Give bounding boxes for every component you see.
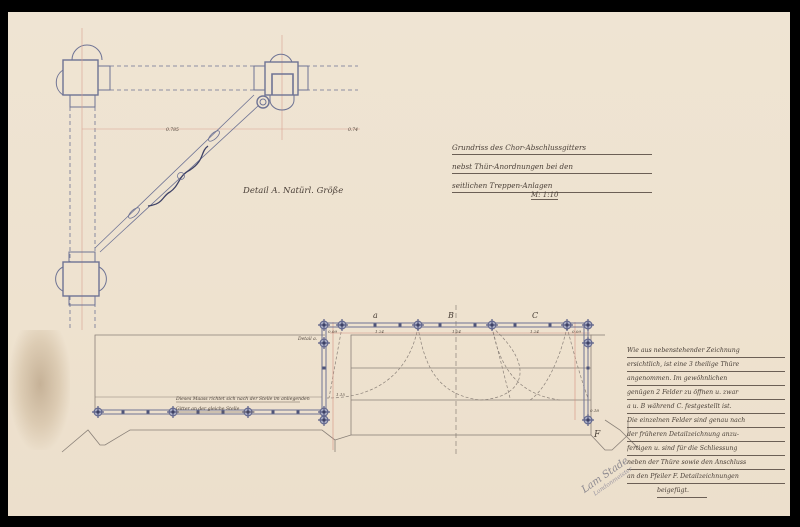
note-line: fertigen u. sind für die Schliessung <box>627 442 785 456</box>
note-line: der früheren Detailzeichnung anzu- <box>627 428 785 442</box>
note-line: angenommen. Im gewöhnlichen <box>627 372 785 386</box>
dimension-bay-c: 1.24 <box>530 329 539 334</box>
note-line: Wie aus nebenstehender Zeichnung <box>627 344 785 358</box>
dimension-bay-b: 1.24 <box>452 329 461 334</box>
dimension-upper-span-1: 0.785 <box>166 127 179 133</box>
dimension-side-right: 0.18 <box>590 408 599 413</box>
door-swing-arcs <box>327 327 588 400</box>
dimension-side-left: 1.15 <box>336 392 345 397</box>
detail-marker: Detail a. <box>297 336 318 342</box>
bay-label-a: a <box>373 311 378 320</box>
note-line: neben der Thüre sowie den Anschluss <box>627 456 785 470</box>
dimension-end-right: 0.09 <box>572 329 581 334</box>
pillar-lower-left <box>56 252 107 305</box>
scale-label: M: 1:10 <box>531 191 558 200</box>
bay-label-c: C <box>532 311 538 320</box>
plan-note-line-1: Dieses Maass richtet sich nach der Stell… <box>175 396 310 402</box>
bay-label-b: B <box>447 311 454 320</box>
dimension-upper-span-2: 0.74 <box>348 127 358 133</box>
pillar-label-f: F <box>593 430 601 440</box>
note-line: ersichtlich, ist eine 3 theilige Thüre <box>627 358 785 372</box>
note-line: Die einzelnen Felder sind genau nach <box>627 414 785 428</box>
note-line: genügen 2 Felder zu öffnen u. zwar <box>627 386 785 400</box>
detail-label: Detail A. Natürl. Größe <box>243 186 343 196</box>
pillar-upper-right <box>254 54 308 110</box>
floor-plan-outline <box>62 335 640 452</box>
plan-note-line-2: Gitter an der gleiche Stelle <box>176 406 240 412</box>
dimension-bay-a: 1.24 <box>375 329 384 334</box>
note-line: beigefügt. <box>657 484 707 498</box>
gate-rail <box>95 323 590 423</box>
diagonal-gate-detail <box>95 95 258 252</box>
dimension-end-left: 0.09 <box>328 329 337 334</box>
title-line-1: Grundriss des Chor-Abschlussgitters <box>452 142 652 155</box>
explanatory-note: Wie aus nebenstehender Zeichnung ersicht… <box>627 344 785 498</box>
title-line-2: nebst Thür-Anordnungen bei den <box>452 161 652 174</box>
pillar-upper-left <box>56 45 110 107</box>
note-line: a u. B während C. festgestellt ist. <box>627 400 785 414</box>
note-line: an den Pfeiler F. Detailzeichnungen <box>627 470 785 484</box>
